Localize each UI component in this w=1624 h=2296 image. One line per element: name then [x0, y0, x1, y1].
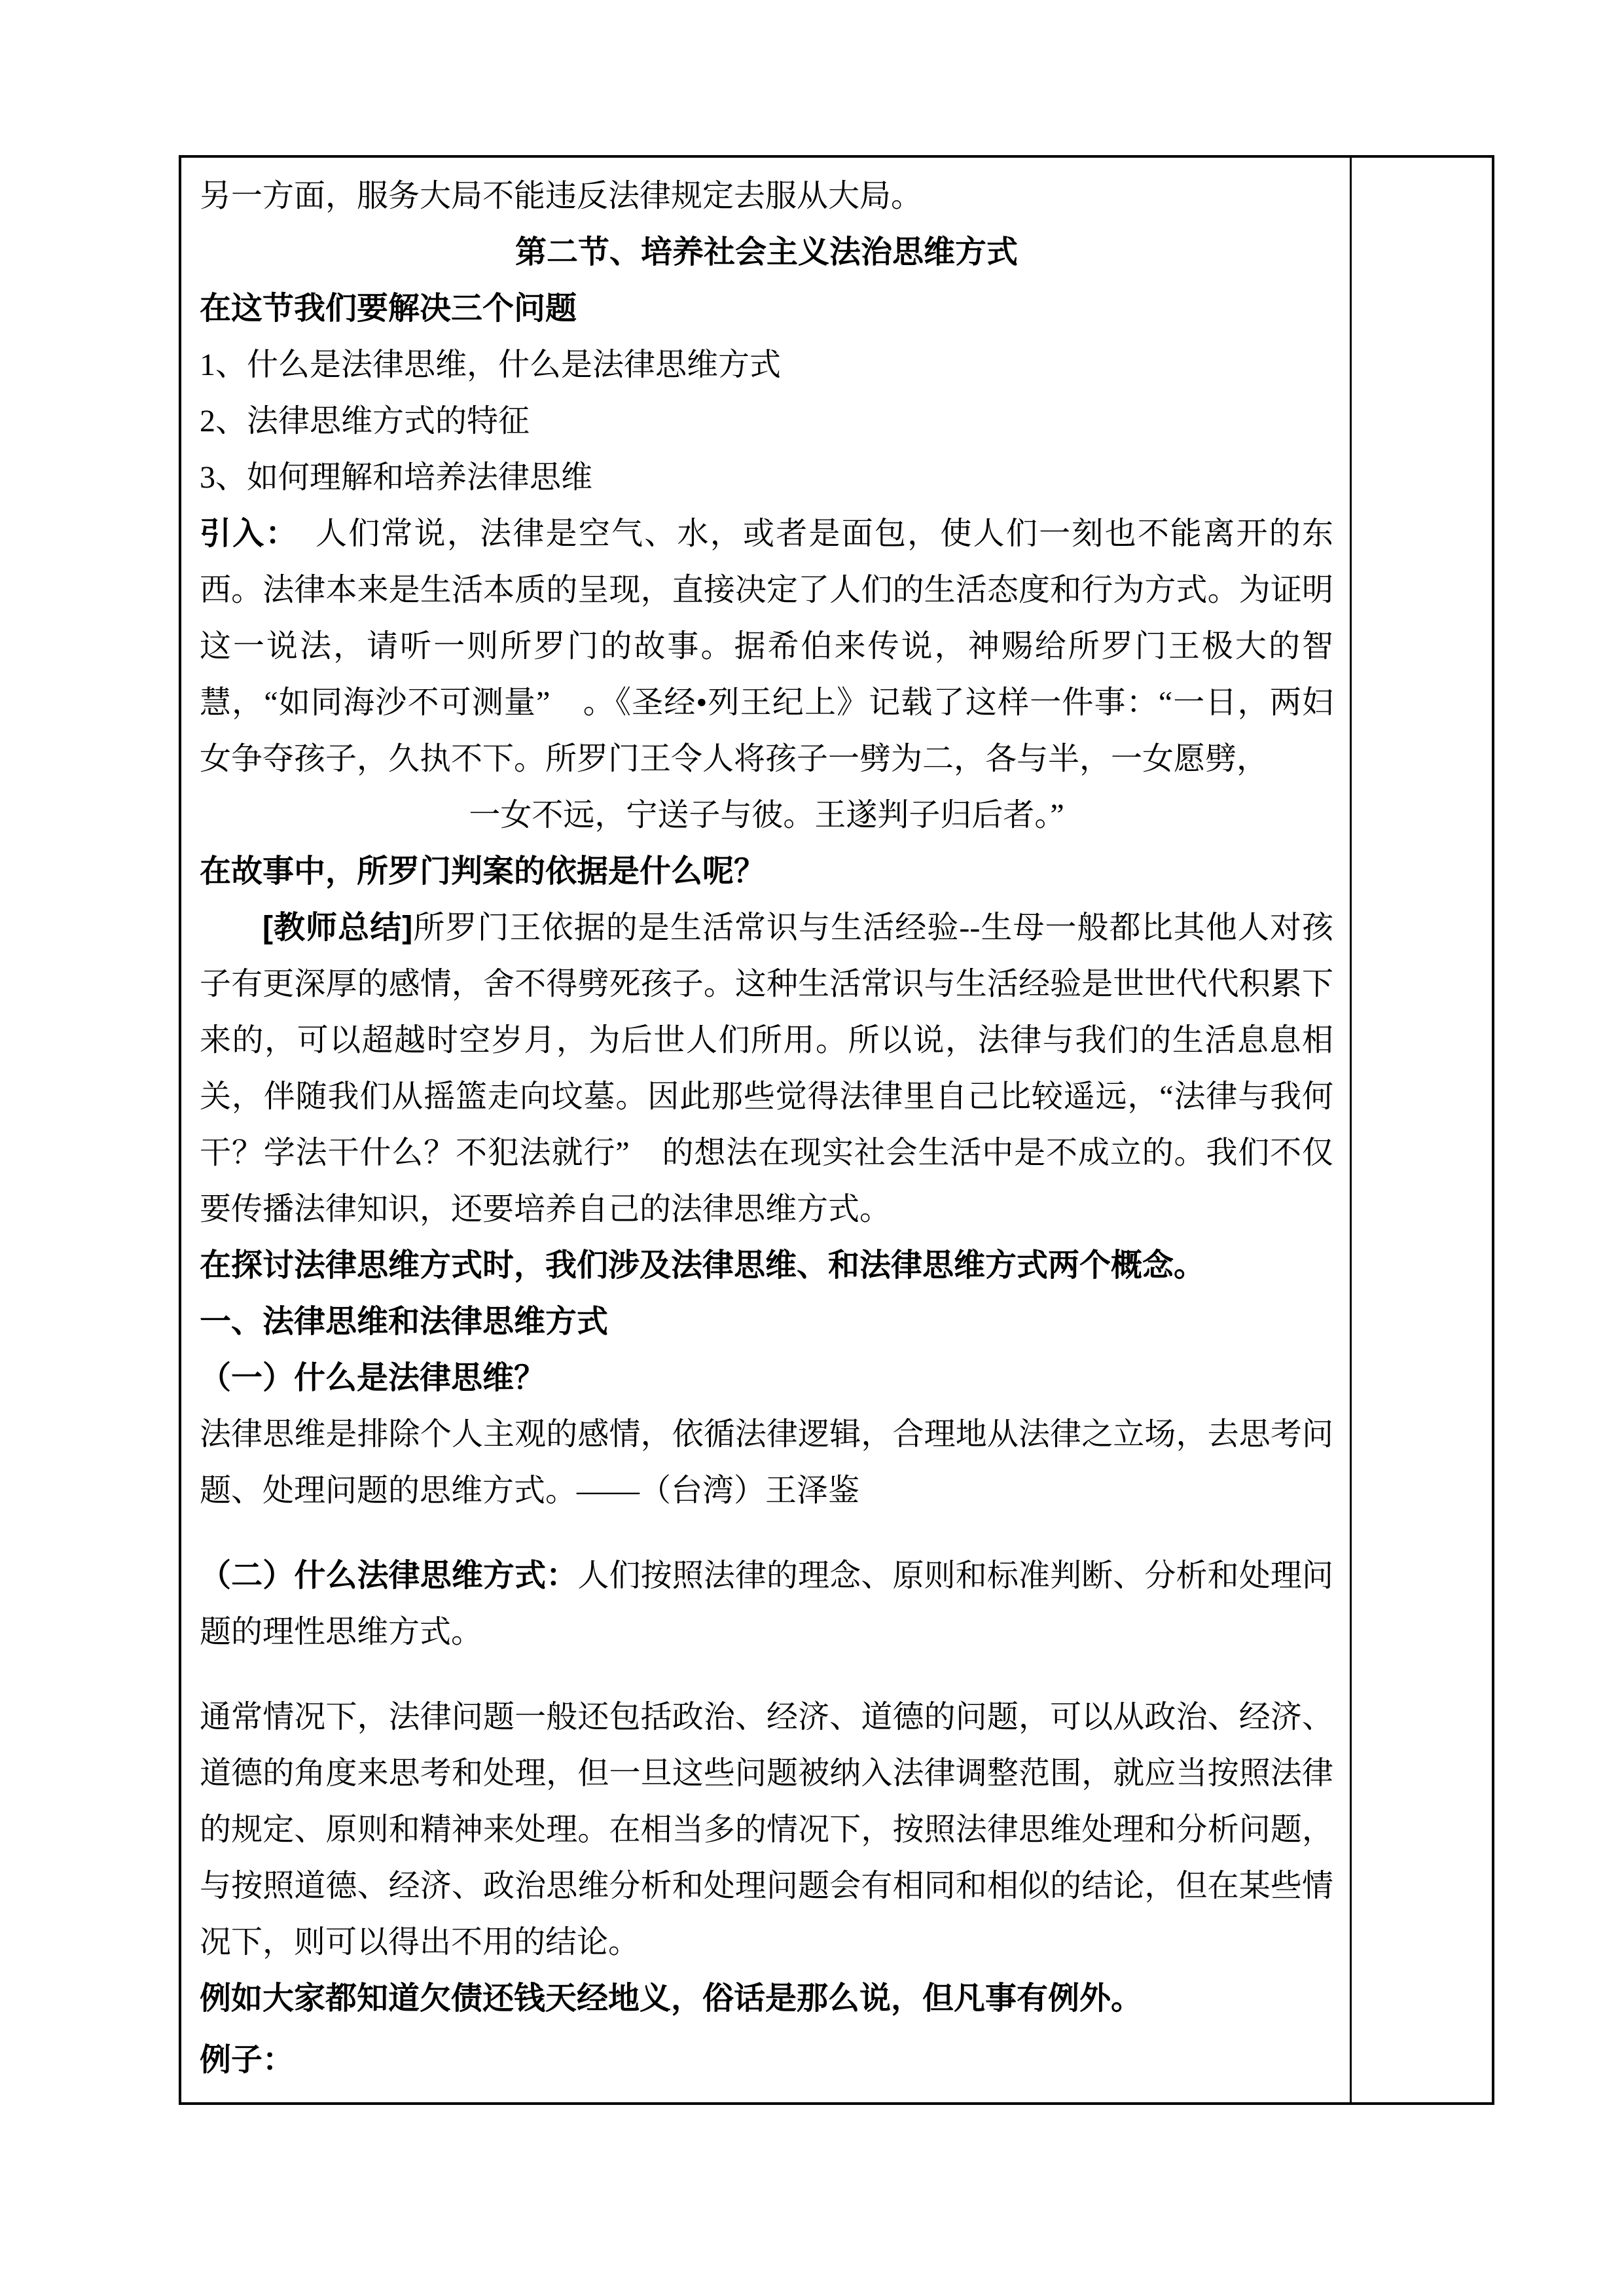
text-segment: 在探讨法律思维方式时，我们涉及法律思维、和法律思维方式两个概念。	[200, 1248, 1205, 1283]
para-two-concepts: 在探讨法律思维方式时，我们涉及法律思维、和法律思维方式两个概念。	[200, 1238, 1333, 1294]
text-segment: 法律思维是排除个人主观的感情，依循法律逻辑，合理地从法律之立场，去思考问题、处理…	[200, 1417, 1333, 1508]
para-definition-legal-thinking: 法律思维是排除个人主观的感情，依循法律逻辑，合理地从法律之立场，去思考问题、处理…	[200, 1407, 1333, 1519]
text-segment: 一、法律思维和法律思维方式	[200, 1304, 608, 1339]
text-segment: 通常情况下，法律问题一般还包括政治、经济、道德的问题，可以从政治、经济、道德的角…	[200, 1700, 1333, 1960]
text-segment: 第二节、培养社会主义法治思维方式	[515, 235, 1018, 270]
para-usually: 通常情况下，法律问题一般还包括政治、经济、道德的问题，可以从政治、经济、道德的角…	[200, 1689, 1333, 1971]
text-segment: 另一方面，服务大局不能违反法律规定去服从大局。	[200, 179, 922, 213]
text-segment: 2、法律思维方式的特征	[200, 404, 530, 439]
para-intro: 引入： 人们常说，法律是空气、水，或者是面包，使人们一刻也不能离开的东西。法律本…	[200, 506, 1333, 787]
text-segment: [教师总结]	[262, 910, 412, 945]
text-segment: （一）什么是法律思维？	[200, 1361, 545, 1395]
text-segment: 所罗门王依据的是生活常识与生活经验--生母一般都比其他人对孩子有更深厚的感情，舍…	[200, 910, 1333, 1227]
heading-1-2: （二）什么法律思维方式：人们按照法律的理念、原则和标准判断、分析和处理问题的理性…	[200, 1548, 1333, 1660]
text-segment: 在故事中，所罗门判案的依据是什么呢？	[200, 854, 765, 889]
para-three-questions-lead: 在这节我们要解决三个问题	[200, 281, 1333, 337]
para-serve-overall: 另一方面，服务大局不能违反法律规定去服从大局。	[200, 168, 1333, 224]
para-story-question: 在故事中，所罗门判案的依据是什么呢？	[200, 844, 1333, 900]
question-3: 3、如何理解和培养法律思维	[200, 450, 1333, 506]
question-1: 1、什么是法律思维，什么是法律思维方式	[200, 337, 1333, 393]
document-page: 另一方面，服务大局不能违反法律规定去服从大局。第二节、培养社会主义法治思维方式在…	[0, 0, 1624, 2296]
text-segment: 引入：	[200, 516, 283, 551]
text-segment: 在这节我们要解决三个问题	[200, 291, 577, 326]
para-teacher-summary: [教师总结]所罗门王依据的是生活常识与生活经验--生母一般都比其他人对孩子有更深…	[200, 900, 1333, 1238]
heading-1: 一、法律思维和法律思维方式	[200, 1294, 1333, 1350]
text-segment: 1、什么是法律思维，什么是法律思维方式	[200, 348, 781, 382]
content-column: 另一方面，服务大局不能违反法律规定去服从大局。第二节、培养社会主义法治思维方式在…	[181, 158, 1352, 2102]
notes-column	[1352, 158, 1492, 2102]
text-segment: 例子：	[200, 2043, 294, 2077]
lesson-plan-table: 另一方面，服务大局不能违反法律规定去服从大局。第二节、培养社会主义法治思维方式在…	[179, 155, 1494, 2105]
para-example-lead: 例如大家都知道欠债还钱天经地义，俗话是那么说，但凡事有例外。	[200, 1971, 1333, 2027]
text-segment: 一女不远，宁送子与彼。王遂判子归后者。”	[469, 798, 1064, 833]
para-story-end: 一女不远，宁送子与彼。王遂判子归后者。”	[200, 787, 1333, 844]
question-2: 2、法律思维方式的特征	[200, 393, 1333, 450]
section-title: 第二节、培养社会主义法治思维方式	[200, 224, 1333, 281]
para-example-label: 例子：	[200, 2032, 1333, 2089]
text-segment: 3、如何理解和培养法律思维	[200, 460, 592, 495]
text-segment: （二）什么法律思维方式：	[200, 1558, 577, 1593]
text-segment: 人们常说，法律是空气、水，或者是面包，使人们一刻也不能离开的东西。法律本来是生活…	[200, 516, 1333, 776]
heading-1-1: （一）什么是法律思维？	[200, 1350, 1333, 1407]
text-segment: 例如大家都知道欠债还钱天经地义，俗话是那么说，但凡事有例外。	[200, 1981, 1142, 2016]
